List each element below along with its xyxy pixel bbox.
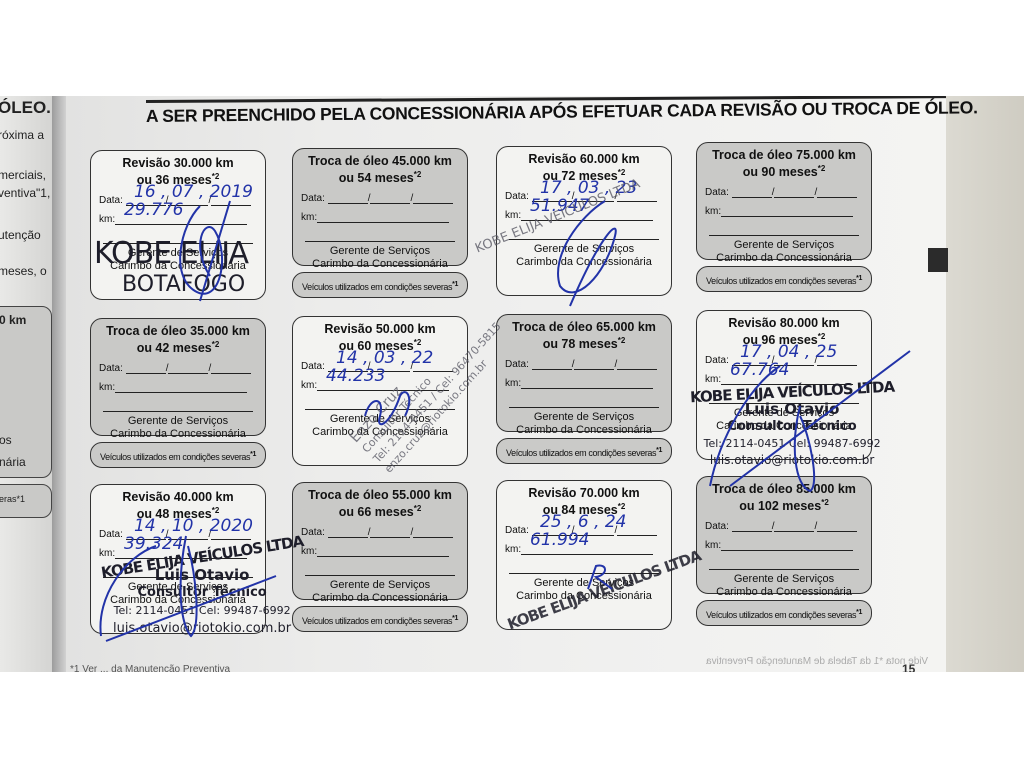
left-page-card: 0 km os nária xyxy=(0,306,52,478)
left-page-text: ÓLEO. xyxy=(0,98,51,118)
left-page-text: merciais, xyxy=(0,168,46,182)
stamp-label: Carimbo da Concessionária xyxy=(697,586,871,598)
handwritten-date: 25 , 6 , 24 xyxy=(540,512,627,532)
maintenance-card: Revisão 70.000 kmou 84 meses*2Data: //km… xyxy=(496,480,672,630)
left-page-text: meses, o xyxy=(0,264,47,278)
stamp-label: Carimbo da Concessionária xyxy=(697,252,871,264)
manager-label: Gerente de Serviços xyxy=(497,411,671,423)
severe-conditions-box: Veículos utilizados em condições severas… xyxy=(90,442,266,468)
date-field: Data: // xyxy=(301,527,467,538)
km-field: km: xyxy=(301,212,467,223)
left-page-text: utenção xyxy=(0,228,41,242)
signature-line xyxy=(103,411,253,412)
signature-line xyxy=(305,241,455,242)
left-page-text: ventiva"1, xyxy=(0,186,50,200)
km-field: km: xyxy=(705,540,871,551)
km-field: km: xyxy=(99,382,265,393)
page-number: 15 xyxy=(902,662,915,672)
signature-80k xyxy=(700,346,920,496)
signature-60k xyxy=(540,196,640,306)
severe-conditions-box: Veículos utilizados em condições severas… xyxy=(496,438,672,464)
date-field: Data: // xyxy=(705,521,871,532)
signature-line xyxy=(709,235,859,236)
manager-label: Gerente de Serviços xyxy=(697,573,871,585)
card-title: Troca de óleo 35.000 kmou 42 meses*2 xyxy=(91,324,265,355)
maintenance-card: Troca de óleo 45.000 kmou 54 meses*2Data… xyxy=(292,148,468,266)
date-field: Data: // xyxy=(505,359,671,370)
km-field: km: xyxy=(705,206,871,217)
signature-line xyxy=(305,575,455,576)
km-field: km: xyxy=(505,378,671,389)
signature-70k xyxy=(578,561,618,591)
signature-30k xyxy=(160,196,260,306)
card-title: Troca de óleo 75.000 kmou 90 meses*2 xyxy=(697,148,871,179)
date-field: Data: // xyxy=(301,193,467,204)
footnote: *1 Ver ... da Manutenção Preventiva xyxy=(70,664,230,672)
card-title: Troca de óleo 45.000 kmou 54 meses*2 xyxy=(293,154,467,185)
maintenance-card: Troca de óleo 55.000 kmou 66 meses*2Data… xyxy=(292,482,468,600)
severe-conditions-box: Veículos utilizados em condições severas… xyxy=(292,606,468,632)
severe-conditions-box: Veículos utilizados em condições severas… xyxy=(292,272,468,298)
left-page: ÓLEO. róxima a merciais, ventiva"1, uten… xyxy=(0,96,58,672)
handwritten-km: 61.994 xyxy=(530,530,589,550)
maintenance-card: Troca de óleo 65.000 kmou 78 meses*2Data… xyxy=(496,314,672,432)
background-wall xyxy=(945,96,1024,672)
stamp-label: Carimbo da Concessionária xyxy=(497,424,671,436)
card-title: Troca de óleo 65.000 kmou 78 meses*2 xyxy=(497,320,671,351)
card-title: Troca de óleo 55.000 kmou 66 meses*2 xyxy=(293,488,467,519)
km-field: km: xyxy=(301,546,467,557)
date-field: Data: // xyxy=(705,187,871,198)
stamp-label: Carimbo da Concessionária xyxy=(293,258,467,270)
stamp-label: Carimbo da Concessionária xyxy=(91,428,265,440)
signature-40k xyxy=(96,536,296,646)
severe-conditions-box: Veículos utilizados em condições severas… xyxy=(696,600,872,626)
stamp-label: Carimbo da Concessionária xyxy=(293,592,467,604)
signature-50k xyxy=(360,386,420,436)
signature-line xyxy=(509,407,659,408)
severe-conditions-box: Veículos utilizados em condições severas… xyxy=(696,266,872,292)
manager-label: Gerente de Serviços xyxy=(697,239,871,251)
manager-label: Gerente de Serviços xyxy=(293,579,467,591)
bleed-through-text: Vide nota *1 da Tabela de Manutenção Pre… xyxy=(706,656,928,667)
signature-line xyxy=(709,569,859,570)
left-page-severe: eras*1 xyxy=(0,484,52,518)
registration-mark xyxy=(928,248,948,272)
manager-label: Gerente de Serviços xyxy=(91,415,265,427)
maintenance-card: Troca de óleo 75.000 kmou 90 meses*2Data… xyxy=(696,142,872,260)
date-field: Data: // xyxy=(99,363,265,374)
handwritten-km: 44.233 xyxy=(326,366,385,386)
left-page-text: róxima a xyxy=(0,128,44,142)
maintenance-card: Troca de óleo 35.000 kmou 42 meses*2Data… xyxy=(90,318,266,436)
photo: ÓLEO. róxima a merciais, ventiva"1, uten… xyxy=(0,96,1024,672)
manager-label: Gerente de Serviços xyxy=(293,245,467,257)
handwritten-date: 14 , 10 , 2020 xyxy=(134,516,253,536)
